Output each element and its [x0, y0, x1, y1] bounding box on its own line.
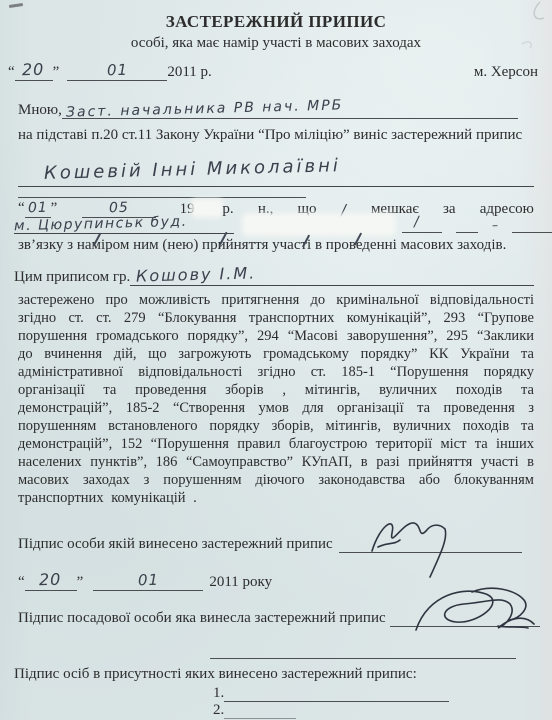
address-row: м. Цюрупинськ буд. / – — [14, 215, 538, 235]
recipient-signature — [358, 505, 498, 585]
issued-by-label: Мною, — [18, 102, 62, 119]
address-line-segment — [402, 232, 442, 233]
decree-row: Цим приписом гр. Кошову І.М. — [14, 267, 534, 286]
pen-dash: – — [492, 219, 499, 231]
warning-paragraph: застережено про можливість притягнення д… — [18, 291, 534, 507]
official-signature — [408, 582, 548, 652]
recipient-line: Кошевій Інні Миколаївні — [18, 161, 534, 187]
redaction-smudge — [246, 217, 392, 232]
blank-line-segment — [210, 658, 516, 659]
year-printed: 2011 р. — [167, 64, 211, 81]
handwritten-birth-month: 05 — [108, 201, 128, 216]
scanned-warning-document: ЗАСТЕРЕЖНИЙ ПРИПИС особі, яка має намір … — [0, 0, 552, 720]
legal-basis: на підставі п.20 ст.11 Закону України “П… — [18, 126, 534, 145]
page-title: ЗАСТЕРЕЖНИЙ ПРИПИС — [0, 12, 552, 32]
decree-label: Цим приписом гр. — [14, 269, 130, 286]
recipient-signature-label: Підпис особи якій винесено застережний п… — [18, 536, 333, 553]
quote-open: “ — [8, 64, 15, 81]
handwritten-month: 01 — [107, 63, 128, 79]
blank-line-segment — [18, 197, 306, 198]
handwritten-month: 01 — [138, 573, 159, 589]
handwritten-decree-name: Кошову І.М. — [136, 265, 257, 284]
witness-number: 1. — [213, 685, 224, 702]
handwritten-day: 20 — [39, 572, 62, 589]
quote-close: ” — [53, 64, 60, 81]
official-signature-label: Підпис посадової особи яка винесла засте… — [18, 610, 386, 627]
address-line-segment — [456, 232, 478, 233]
handwritten-birth-day: 01 — [28, 201, 48, 216]
witnesses-label: Підпис осіб в присутності яких винесено … — [14, 666, 417, 683]
witness-number: 2. — [213, 702, 224, 719]
page-subtitle: особі, яка має намір участі в масових за… — [0, 35, 552, 52]
address-line-segment — [512, 232, 552, 233]
witness-line-2: 2. — [213, 702, 296, 719]
year-printed: 2011 року — [209, 574, 272, 591]
handwritten-address: м. Цюрупинськ буд. — [14, 215, 188, 234]
handwritten-day: 20 — [22, 62, 45, 79]
pen-slash: / — [414, 215, 420, 229]
scan-speck — [9, 3, 23, 8]
quote-close: ” — [77, 574, 84, 591]
date-row: “ 20 ” 01 2011 р. м. Херсон — [8, 62, 538, 81]
quote-open: “ — [18, 200, 25, 216]
quote-open: “ — [18, 574, 25, 591]
handwritten-official: Заст. начальника РВ нач. МРБ — [66, 98, 344, 119]
issued-by-row: Мною, Заст. начальника РВ нач. МРБ — [18, 101, 518, 119]
city: м. Херсон — [474, 64, 538, 81]
witness-line-1: 1. — [213, 685, 449, 702]
date-row-2: “ 20 ” 01 2011 року — [18, 572, 318, 591]
redaction-box — [195, 202, 219, 214]
handwritten-recipient-name: Кошевій Інні Миколаївні — [44, 157, 341, 183]
quote-close: ” — [51, 200, 58, 216]
